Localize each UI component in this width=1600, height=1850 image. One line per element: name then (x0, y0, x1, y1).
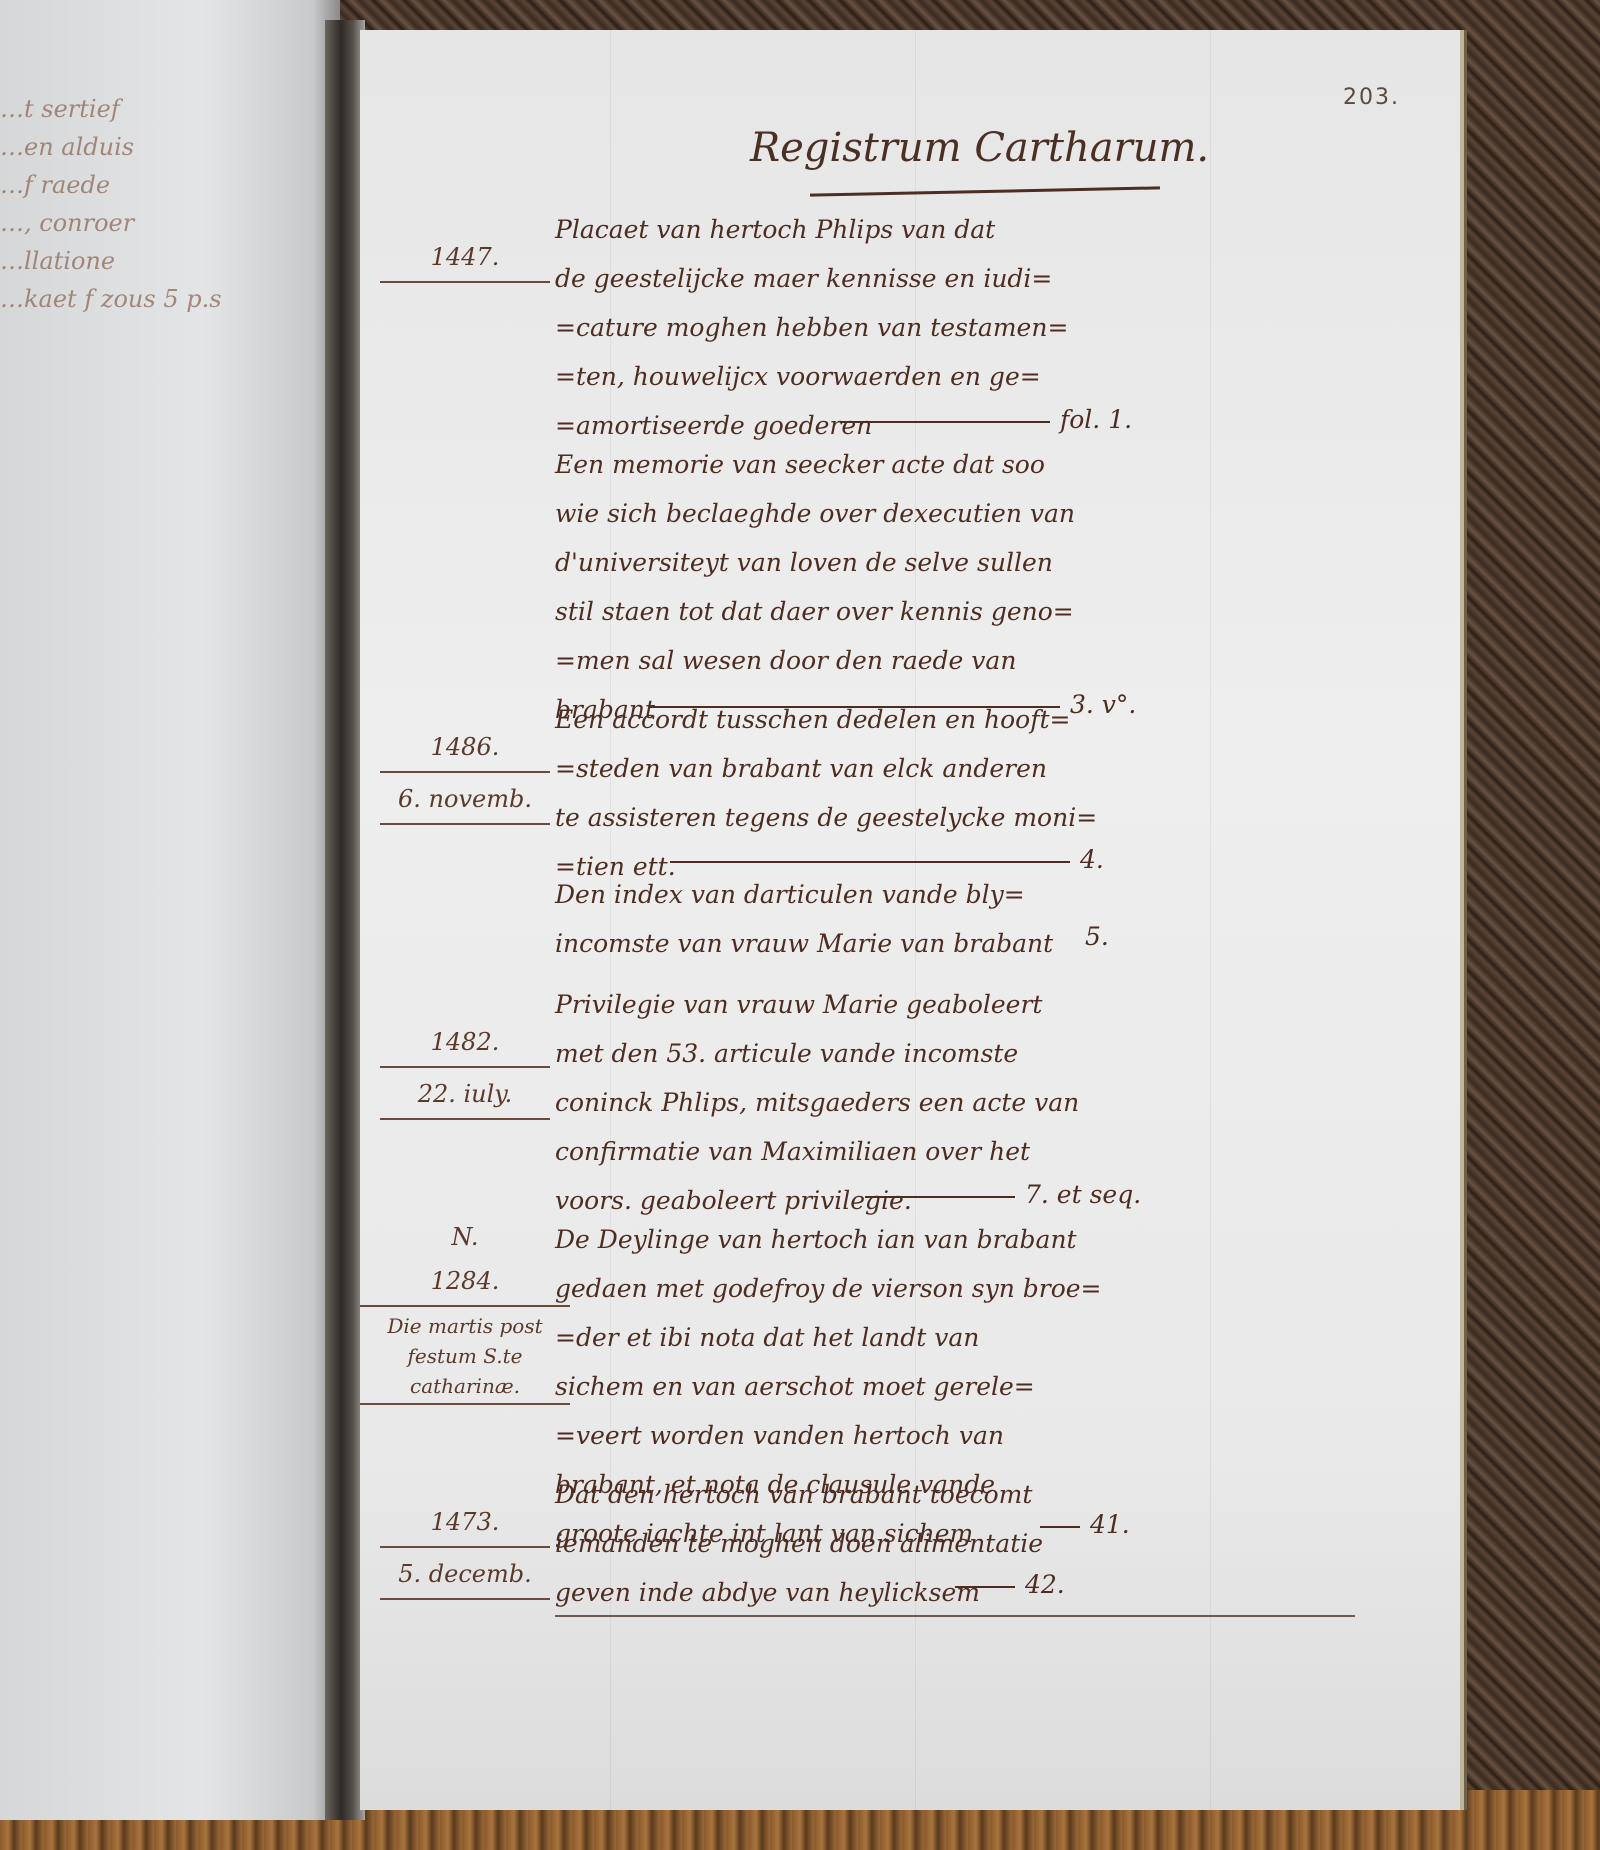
folio-reference: 5. (1085, 922, 1109, 951)
leader-line (670, 861, 1070, 863)
book-gutter (325, 20, 365, 1820)
entry-line: stil staen tot dat daer over kennis geno… (555, 587, 1275, 636)
entry-line: =ten, houwelijcx voorwaerden en ge= (555, 352, 1275, 401)
leader-line (840, 421, 1050, 423)
entry-line: incomste van vrauw Marie van brabant (555, 919, 1275, 968)
entry-line: Placaet van hertoch Phlips van dat (555, 205, 1275, 254)
left-page: …t sertief …en alduis …f raede …, conroe… (0, 0, 340, 1820)
entry-line: sichem en van aerschot moet gerele= (555, 1362, 1275, 1411)
entry-line: Privilegie van vrauw Marie geaboleert (555, 980, 1275, 1029)
margin-date: 1447. (380, 235, 550, 287)
bleed-line: …, conroer (0, 204, 160, 242)
entry-line: met den 53. articule vande incomste (555, 1029, 1275, 1078)
entry-line: =veert worden vanden hertoch van (555, 1411, 1275, 1460)
margin-date: N. 1284. Die martis post festum S.te cat… (360, 1215, 570, 1409)
margin-date: 1482. 22. iuly. (380, 1020, 550, 1124)
margin-note: N. (360, 1215, 570, 1259)
title-underline (810, 186, 1160, 196)
closing-rule (555, 1615, 1355, 1617)
folio-number: 203. (1343, 85, 1400, 110)
bleed-line: …kaet f zous 5 p.s (0, 280, 160, 318)
reference-value: 5. (1085, 922, 1109, 951)
entry-text: Den index van darticulen vande bly= inco… (555, 870, 1275, 968)
entry-line: Een accordt tusschen dedelen en hooft= (555, 695, 1275, 744)
folio-reference: 42. (955, 1570, 1065, 1599)
entry-line: coninck Phlips, mitsgaeders een acte van (555, 1078, 1275, 1127)
leader-line (865, 1196, 1015, 1198)
entry-line: geven inde abdye van heylicksem (555, 1568, 1275, 1617)
right-page: 203. Registrum Cartharum. 1447. Placaet … (360, 30, 1460, 1810)
entry-line: =men sal wesen door den raede van (555, 636, 1275, 685)
reference-value: 42. (1025, 1570, 1065, 1599)
entry-line: te assisteren tegens de geestelycke moni… (555, 793, 1275, 842)
entry-line: gedaen met godefroy de vierson syn broe= (555, 1264, 1275, 1313)
entry-line: =der et ibi nota dat het landt van (555, 1313, 1275, 1362)
bleed-line: …f raede (0, 166, 160, 204)
entry-line: confirmatie van Maximiliaen over het (555, 1127, 1275, 1176)
bleed-line: …llatione (0, 242, 160, 280)
margin-date: 1486. 6. novemb. (380, 725, 550, 829)
margin-day: Die martis post (360, 1311, 570, 1341)
margin-year: 1486. (380, 725, 550, 773)
margin-date: 1473. 5. decemb. (380, 1500, 550, 1604)
leader-line (955, 1586, 1015, 1588)
reference-value: fol. 1. (1060, 405, 1132, 434)
entry-line: Dat den hertoch van brabant toecomt (555, 1470, 1275, 1519)
entry-line: Een memorie van seecker acte dat soo (555, 440, 1275, 489)
folio-reference: fol. 1. (840, 405, 1132, 434)
margin-year: 1447. (380, 235, 550, 283)
margin-year: 1473. (380, 1500, 550, 1548)
entry-line: d'universiteyt van loven de selve sullen (555, 538, 1275, 587)
margin-day: 22. iuly. (380, 1072, 550, 1120)
reference-value: 7. et seq. (1025, 1180, 1141, 1209)
entry-line: de geestelijcke maer kennisse en iudi= (555, 254, 1275, 303)
page-title: Registrum Cartharum. (750, 125, 1209, 171)
margin-day: 5. decemb. (380, 1552, 550, 1600)
entry-line: iemanden te moghen doen alimentatie (555, 1519, 1275, 1568)
bleed-line: …en alduis (0, 128, 160, 166)
entry-line: =cature moghen hebben van testamen= (555, 303, 1275, 352)
entry-line: De Deylinge van hertoch ian van brabant (555, 1215, 1275, 1264)
entry-line: =steden van brabant van elck anderen (555, 744, 1275, 793)
folio-reference: 7. et seq. (865, 1180, 1141, 1209)
left-page-bleed-text: …t sertief …en alduis …f raede …, conroe… (0, 90, 160, 318)
margin-feast: festum S.te catharinæ. (360, 1341, 570, 1405)
margin-year: 1482. (380, 1020, 550, 1068)
bleed-line: …t sertief (0, 90, 160, 128)
margin-year: 1284. (360, 1259, 570, 1307)
margin-day: 6. novemb. (380, 777, 550, 825)
entry-line: Den index van darticulen vande bly= (555, 870, 1275, 919)
entry-text: Dat den hertoch van brabant toecomt iema… (555, 1470, 1275, 1617)
entry-line: wie sich beclaeghde over dexecutien van (555, 489, 1275, 538)
